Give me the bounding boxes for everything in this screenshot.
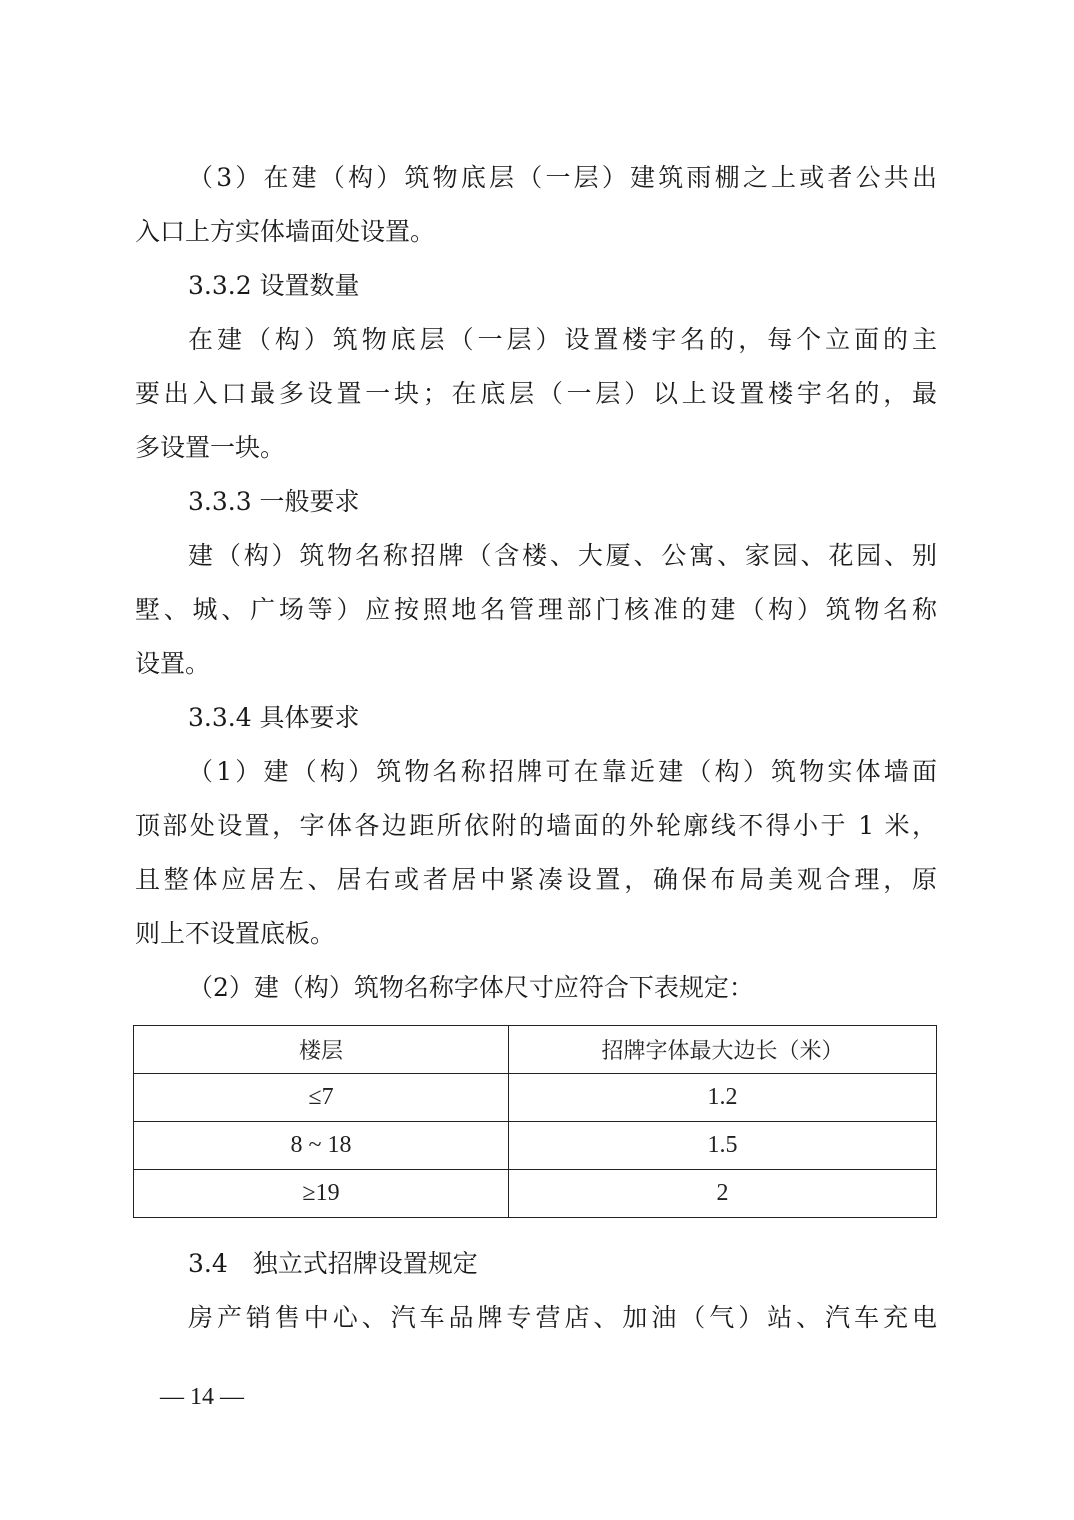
paragraph-line: 在建（构）筑物底层（一层）设置楼宇名的，每个立面的主 (188, 325, 937, 355)
table-header-max-side: 招牌字体最大边长（米） (509, 1026, 937, 1074)
table-cell-floors: ≥19 (134, 1170, 509, 1218)
table-row: 8 ~ 18 1.5 (134, 1122, 937, 1170)
table-header-row: 楼层 招牌字体最大边长（米） (134, 1026, 937, 1074)
paragraph-line: （2）建（构）筑物名称字体尺寸应符合下表规定： (188, 973, 990, 1003)
section-heading-3-3-3: 3.3.3 一般要求 (188, 487, 990, 517)
table-row: ≥19 2 (134, 1170, 937, 1218)
paragraph-line: 顶部处设置，字体各边距所依附的墙面的外轮廓线不得小于 1 米， (135, 811, 937, 841)
table-cell-max-side: 1.5 (509, 1122, 937, 1170)
paragraph-line: 设置。 (135, 649, 937, 679)
table-cell-floors: 8 ~ 18 (134, 1122, 509, 1170)
table-header-floors: 楼层 (134, 1026, 509, 1074)
section-heading-3-3-4: 3.3.4 具体要求 (188, 703, 990, 733)
table-cell-floors: ≤7 (134, 1074, 509, 1122)
font-size-table: 楼层 招牌字体最大边长（米） ≤7 1.2 8 ~ 18 1.5 ≥19 2 (133, 1025, 937, 1218)
page-number: — 14 — (160, 1384, 244, 1411)
paragraph-line: 要出入口最多设置一块；在底层（一层）以上设置楼宇名的，最 (135, 379, 937, 409)
table-row: ≤7 1.2 (134, 1074, 937, 1122)
paragraph-line: （3）在建（构）筑物底层（一层）建筑雨棚之上或者公共出 (188, 163, 937, 193)
table-cell-max-side: 2 (509, 1170, 937, 1218)
paragraph-line: 入口上方实体墙面处设置。 (135, 217, 937, 247)
section-heading-3-3-2: 3.3.2 设置数量 (188, 271, 990, 301)
paragraph-line: 墅、城、广场等）应按照地名管理部门核准的建（构）筑物名称 (135, 595, 937, 625)
paragraph-line: 则上不设置底板。 (135, 919, 937, 949)
paragraph-line: 房产销售中心、汽车品牌专营店、加油（气）站、汽车充电 (188, 1303, 937, 1333)
paragraph-line: 且整体应居左、居右或者居中紧凑设置，确保布局美观合理，原 (135, 865, 937, 895)
paragraph-line: 建（构）筑物名称招牌（含楼、大厦、公寓、家园、花园、别 (188, 541, 937, 571)
paragraph-line: （1）建（构）筑物名称招牌可在靠近建（构）筑物实体墙面 (188, 757, 937, 787)
paragraph-line: 多设置一块。 (135, 433, 937, 463)
document-page: （3）在建（构）筑物底层（一层）建筑雨棚之上或者公共出 入口上方实体墙面处设置。… (0, 0, 1074, 1520)
table-cell-max-side: 1.2 (509, 1074, 937, 1122)
section-heading-3-4: 3.4 独立式招牌设置规定 (188, 1249, 990, 1279)
